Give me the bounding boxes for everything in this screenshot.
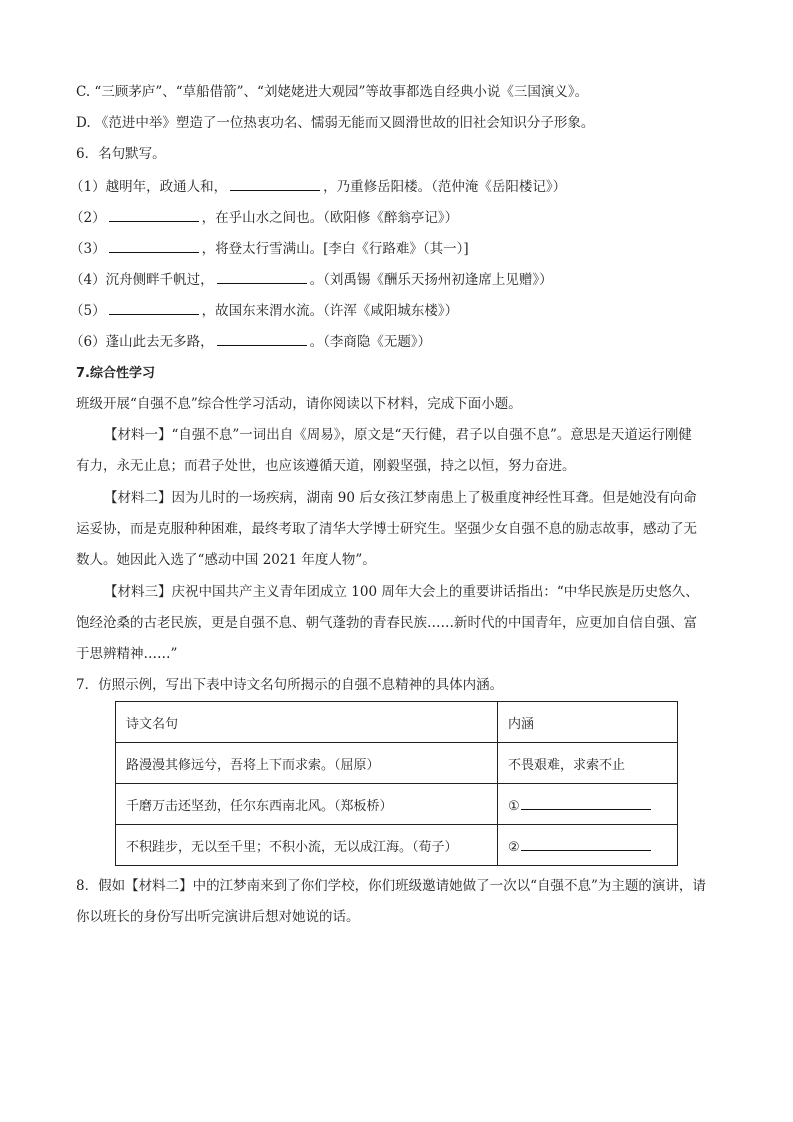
q6-item-suffix: ，故国东来渭水流。（许浑《咸阳城东楼》） <box>202 303 459 319</box>
material3-line2: 饱经沧桑的古老民族，更是自强不息、朝气蓬勃的青春民族……新时代的中国青年，应更加… <box>76 614 697 632</box>
answer-blank[interactable] <box>217 331 307 346</box>
q6-item-prefix: （4）沉舟侧畔千帆过， <box>70 272 214 288</box>
q6-item-1: （1）越明年，政通人和，，乃重修岳阳楼。（范仲淹《岳阳楼记》） <box>70 176 566 196</box>
material2-line2: 运妥协，而是克服种种困难，最终考取了清华大学博士研究生。坚强少女自强不息的励志故… <box>76 520 697 538</box>
answer-blank[interactable] <box>230 176 320 191</box>
q6-item-prefix: （5） <box>70 303 106 319</box>
q6-item-6: （6）蓬山此去无多路，。（李商隐《无题》） <box>70 331 431 351</box>
quote-cell: 千磨万击还坚劲，任尔东西南北风。（郑板桥） <box>116 784 498 825</box>
table-header-row: 诗文名句 内涵 <box>116 702 678 743</box>
q6-title: 6．名句默写。 <box>76 145 166 163</box>
quote-cell: 路漫漫其修远兮，吾将上下而求索。（屈原） <box>116 743 498 784</box>
meaning-table: 诗文名句 内涵 路漫漫其修远兮，吾将上下而求索。（屈原） 不畏艰难，求索不止 千… <box>115 701 678 866</box>
material1-line1: 【材料一】“自强不息”一词出自《周易》，原文是“天行健，君子以自强不息”。意思是… <box>104 426 692 444</box>
q6-item-suffix: ，将登太行雪满山。[李白《行路难》（其一）] <box>202 241 469 257</box>
material2-line1: 【材料二】因为儿时的一场疾病，湖南 90 后女孩江梦南患上了极重度神经性耳聋。但… <box>104 489 697 507</box>
answer-blank[interactable] <box>109 238 199 253</box>
q8-line2: 你以班长的身份写出听完演讲后想对她说的话。 <box>76 908 360 926</box>
material3-line1: 【材料三】庆祝中国共产主义青年团成立 100 周年大会上的重要讲话指出：“中华民… <box>104 583 699 601</box>
meaning-cell: ① <box>498 784 678 825</box>
meaning-cell: ② <box>498 825 678 866</box>
header-meaning: 内涵 <box>498 702 678 743</box>
section7-intro: 班级开展“自强不息”综合性学习活动，请你阅读以下材料，完成下面小题。 <box>76 395 522 413</box>
q7-prompt: 7．仿照示例，写出下表中诗文名句所揭示的自强不息精神的具体内涵。 <box>76 676 503 694</box>
q6-item-suffix: ，在乎山水之间也。（欧阳修《醉翁亭记》） <box>202 210 459 226</box>
answer-blank[interactable] <box>109 207 199 222</box>
table-row: 路漫漫其修远兮，吾将上下而求索。（屈原） 不畏艰难，求索不止 <box>116 743 678 784</box>
quote-cell: 不积跬步，无以至千里；不积小流，无以成江海。（荀子） <box>116 825 498 866</box>
answer-blank[interactable] <box>109 300 199 315</box>
q6-item-suffix: 。（刘禹锡《酬乐天扬州初逢席上见赠》） <box>310 272 553 288</box>
q6-item-3: （3），将登太行雪满山。[李白《行路难》（其一）] <box>70 238 469 258</box>
q8-line1: 8．假如【材料二】中的江梦南来到了你们学校，你们班级邀请她做了一次以“自强不息”… <box>76 877 706 895</box>
answer-blank[interactable] <box>521 795 651 810</box>
answer-marker: ① <box>508 799 520 814</box>
q6-item-prefix: （6）蓬山此去无多路， <box>70 334 214 350</box>
header-quote: 诗文名句 <box>116 702 498 743</box>
material1-line2: 有力，永无止息；而君子处世，也应该遵循天道，刚毅坚强，持之以恒，努力奋进。 <box>76 457 576 475</box>
q6-item-suffix: 。（李商隐《无题》） <box>310 334 432 350</box>
material3-line3: 于思辨精神……” <box>76 645 177 663</box>
q6-item-prefix: （3） <box>70 241 106 257</box>
q6-item-prefix: （2） <box>70 210 106 226</box>
answer-blank[interactable] <box>217 269 307 284</box>
q6-item-5: （5），故国东来渭水流。（许浑《咸阳城东楼》） <box>70 300 458 320</box>
section7-heading: 7.综合性学习 <box>76 365 155 383</box>
material2-line3: 数人。她因此入选了“感动中国 2021 年度人物”。 <box>76 551 376 569</box>
table-row: 千磨万击还坚劲，任尔东西南北风。（郑板桥） ① <box>116 784 678 825</box>
q6-item-2: （2），在乎山水之间也。（欧阳修《醉翁亭记》） <box>70 207 458 227</box>
table-row: 不积跬步，无以至千里；不积小流，无以成江海。（荀子） ② <box>116 825 678 866</box>
q6-item-4: （4）沉舟侧畔千帆过，。（刘禹锡《酬乐天扬州初逢席上见赠》） <box>70 269 553 289</box>
answer-marker: ② <box>508 840 520 855</box>
option-d: D. 《范进中举》塑造了一位热衷功名、懦弱无能而又圆滑世故的旧社会知识分子形象。 <box>76 114 594 132</box>
answer-blank[interactable] <box>521 836 651 851</box>
q6-item-suffix: ，乃重修岳阳楼。（范仲淹《岳阳楼记》） <box>323 179 566 195</box>
q6-item-prefix: （1）越明年，政通人和， <box>70 179 227 195</box>
meaning-cell: 不畏艰难，求索不止 <box>498 743 678 784</box>
option-c: C. “三顾茅庐”、“草船借箭”、“刘姥姥进大观园”等故事都选自经典小说《三国演… <box>76 83 588 101</box>
